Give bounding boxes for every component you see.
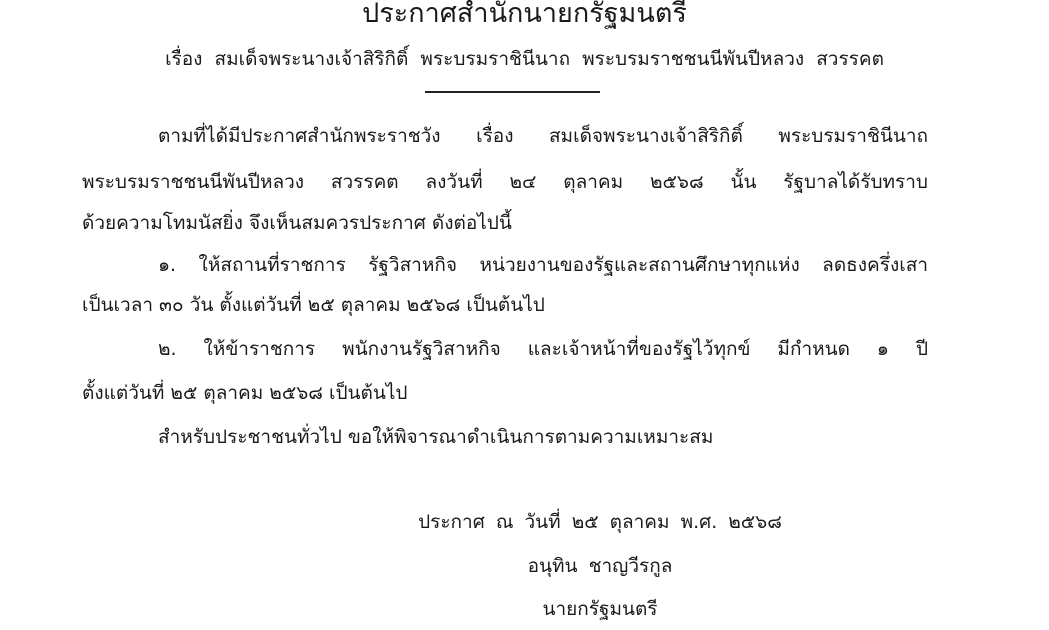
item-1-line-2: เป็นเวลา ๓๐ วัน ตั้งแต่วันที่ ๒๕ ตุลาคม …: [82, 290, 545, 320]
title-divider: [425, 91, 600, 93]
announcement-page: ประกาศสำนักนายกรัฐมนตรี เรื่อง สมเด็จพระ…: [0, 0, 1049, 630]
document-title: ประกาศสำนักนายกรัฐมนตรี: [0, 0, 1049, 34]
announcement-date: ประกาศ ณ วันที่ ๒๕ ตุลาคม พ.ศ. ๒๕๖๘: [380, 507, 820, 537]
preamble-line-2: พระบรมราชชนนีพันปีหลวง สวรรคต ลงวันที่ ๒…: [82, 167, 928, 197]
preamble-line-3: ด้วยความโทมนัสยิ่ง จึงเห็นสมควรประกาศ ดั…: [82, 208, 512, 238]
signatory-position: นายกรัฐมนตรี: [380, 594, 820, 624]
signatory-name: อนุทิน ชาญวีรกูล: [380, 551, 820, 581]
item-1-line-1: ๑. ให้สถานที่ราชการ รัฐวิสาหกิจ หน่วยงาน…: [158, 250, 928, 280]
item-2-line-2: ตั้งแต่วันที่ ๒๕ ตุลาคม ๒๕๖๘ เป็นต้นไป: [82, 378, 407, 408]
preamble-line-1: ตามที่ได้มีประกาศสำนักพระราชวัง เรื่อง ส…: [158, 121, 928, 151]
public-note: สำหรับประชาชนทั่วไป ขอให้พิจารณาดำเนินกา…: [158, 422, 713, 452]
item-2-line-1: ๒. ให้ข้าราชการ พนักงานรัฐวิสาหกิจ และเจ…: [158, 334, 928, 364]
document-subject: เรื่อง สมเด็จพระนางเจ้าสิริกิติ์ พระบรมร…: [0, 44, 1049, 74]
